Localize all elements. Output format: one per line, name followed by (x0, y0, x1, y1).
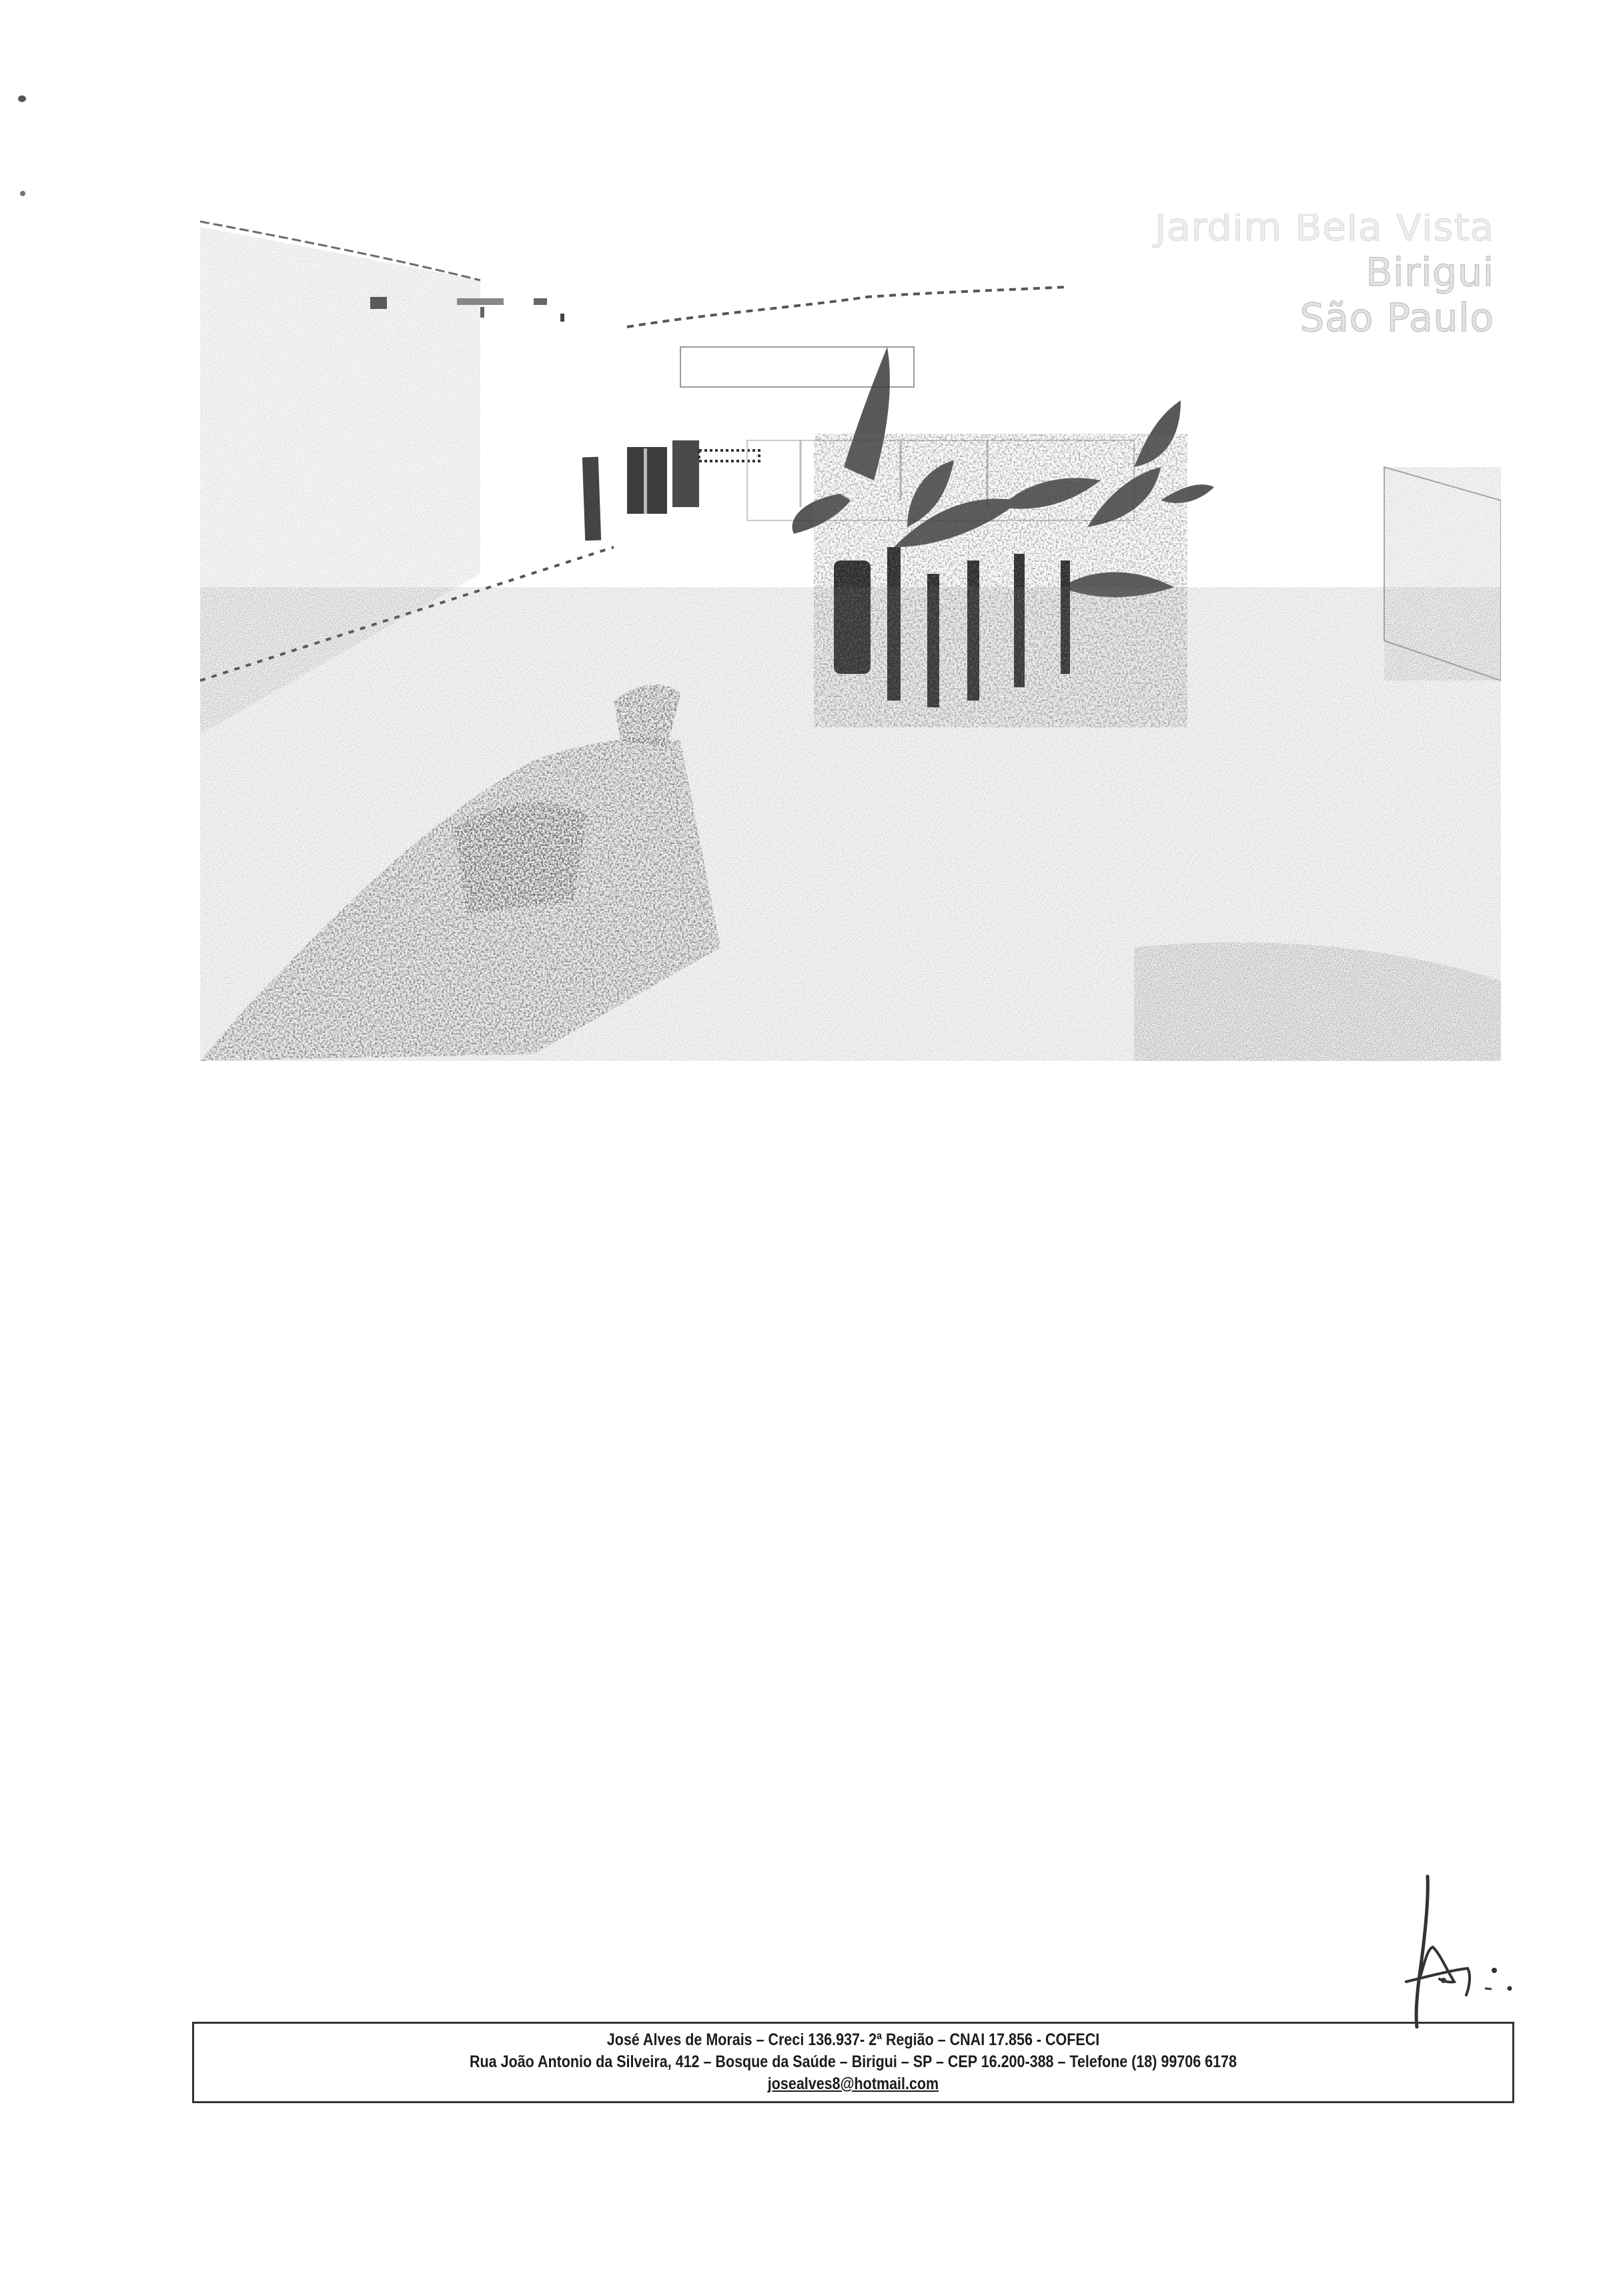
footer-address: Rua João Antonio da Silveira, 412 – Bosq… (286, 2051, 1420, 2073)
scan-mark (20, 191, 25, 196)
timestamp-stamp: 15 de out de 2019 10:51:51 278 Rua Gregó… (784, 214, 1494, 340)
scan-mark (18, 95, 26, 102)
stamp-city: Birigui (784, 250, 1494, 295)
photo-timestamp-overlay: 15 de out de 2019 10:51:51 278 Rua Gregó… (800, 214, 1494, 354)
footer-email-link[interactable]: josealves8@hotmail.com (768, 2074, 939, 2093)
footer-broker-info: José Alves de Morais – Creci 136.937- 2ª… (286, 2029, 1420, 2051)
stamp-state: São Paulo (784, 295, 1494, 340)
signature-icon (1354, 1862, 1528, 2028)
footer-contact-box: José Alves de Morais – Creci 136.937- 2ª… (192, 2022, 1514, 2103)
stamp-neighborhood: Jardim Bela Vista (784, 214, 1494, 250)
property-photo: 15 de out de 2019 10:51:51 278 Rua Gregó… (200, 214, 1501, 1061)
